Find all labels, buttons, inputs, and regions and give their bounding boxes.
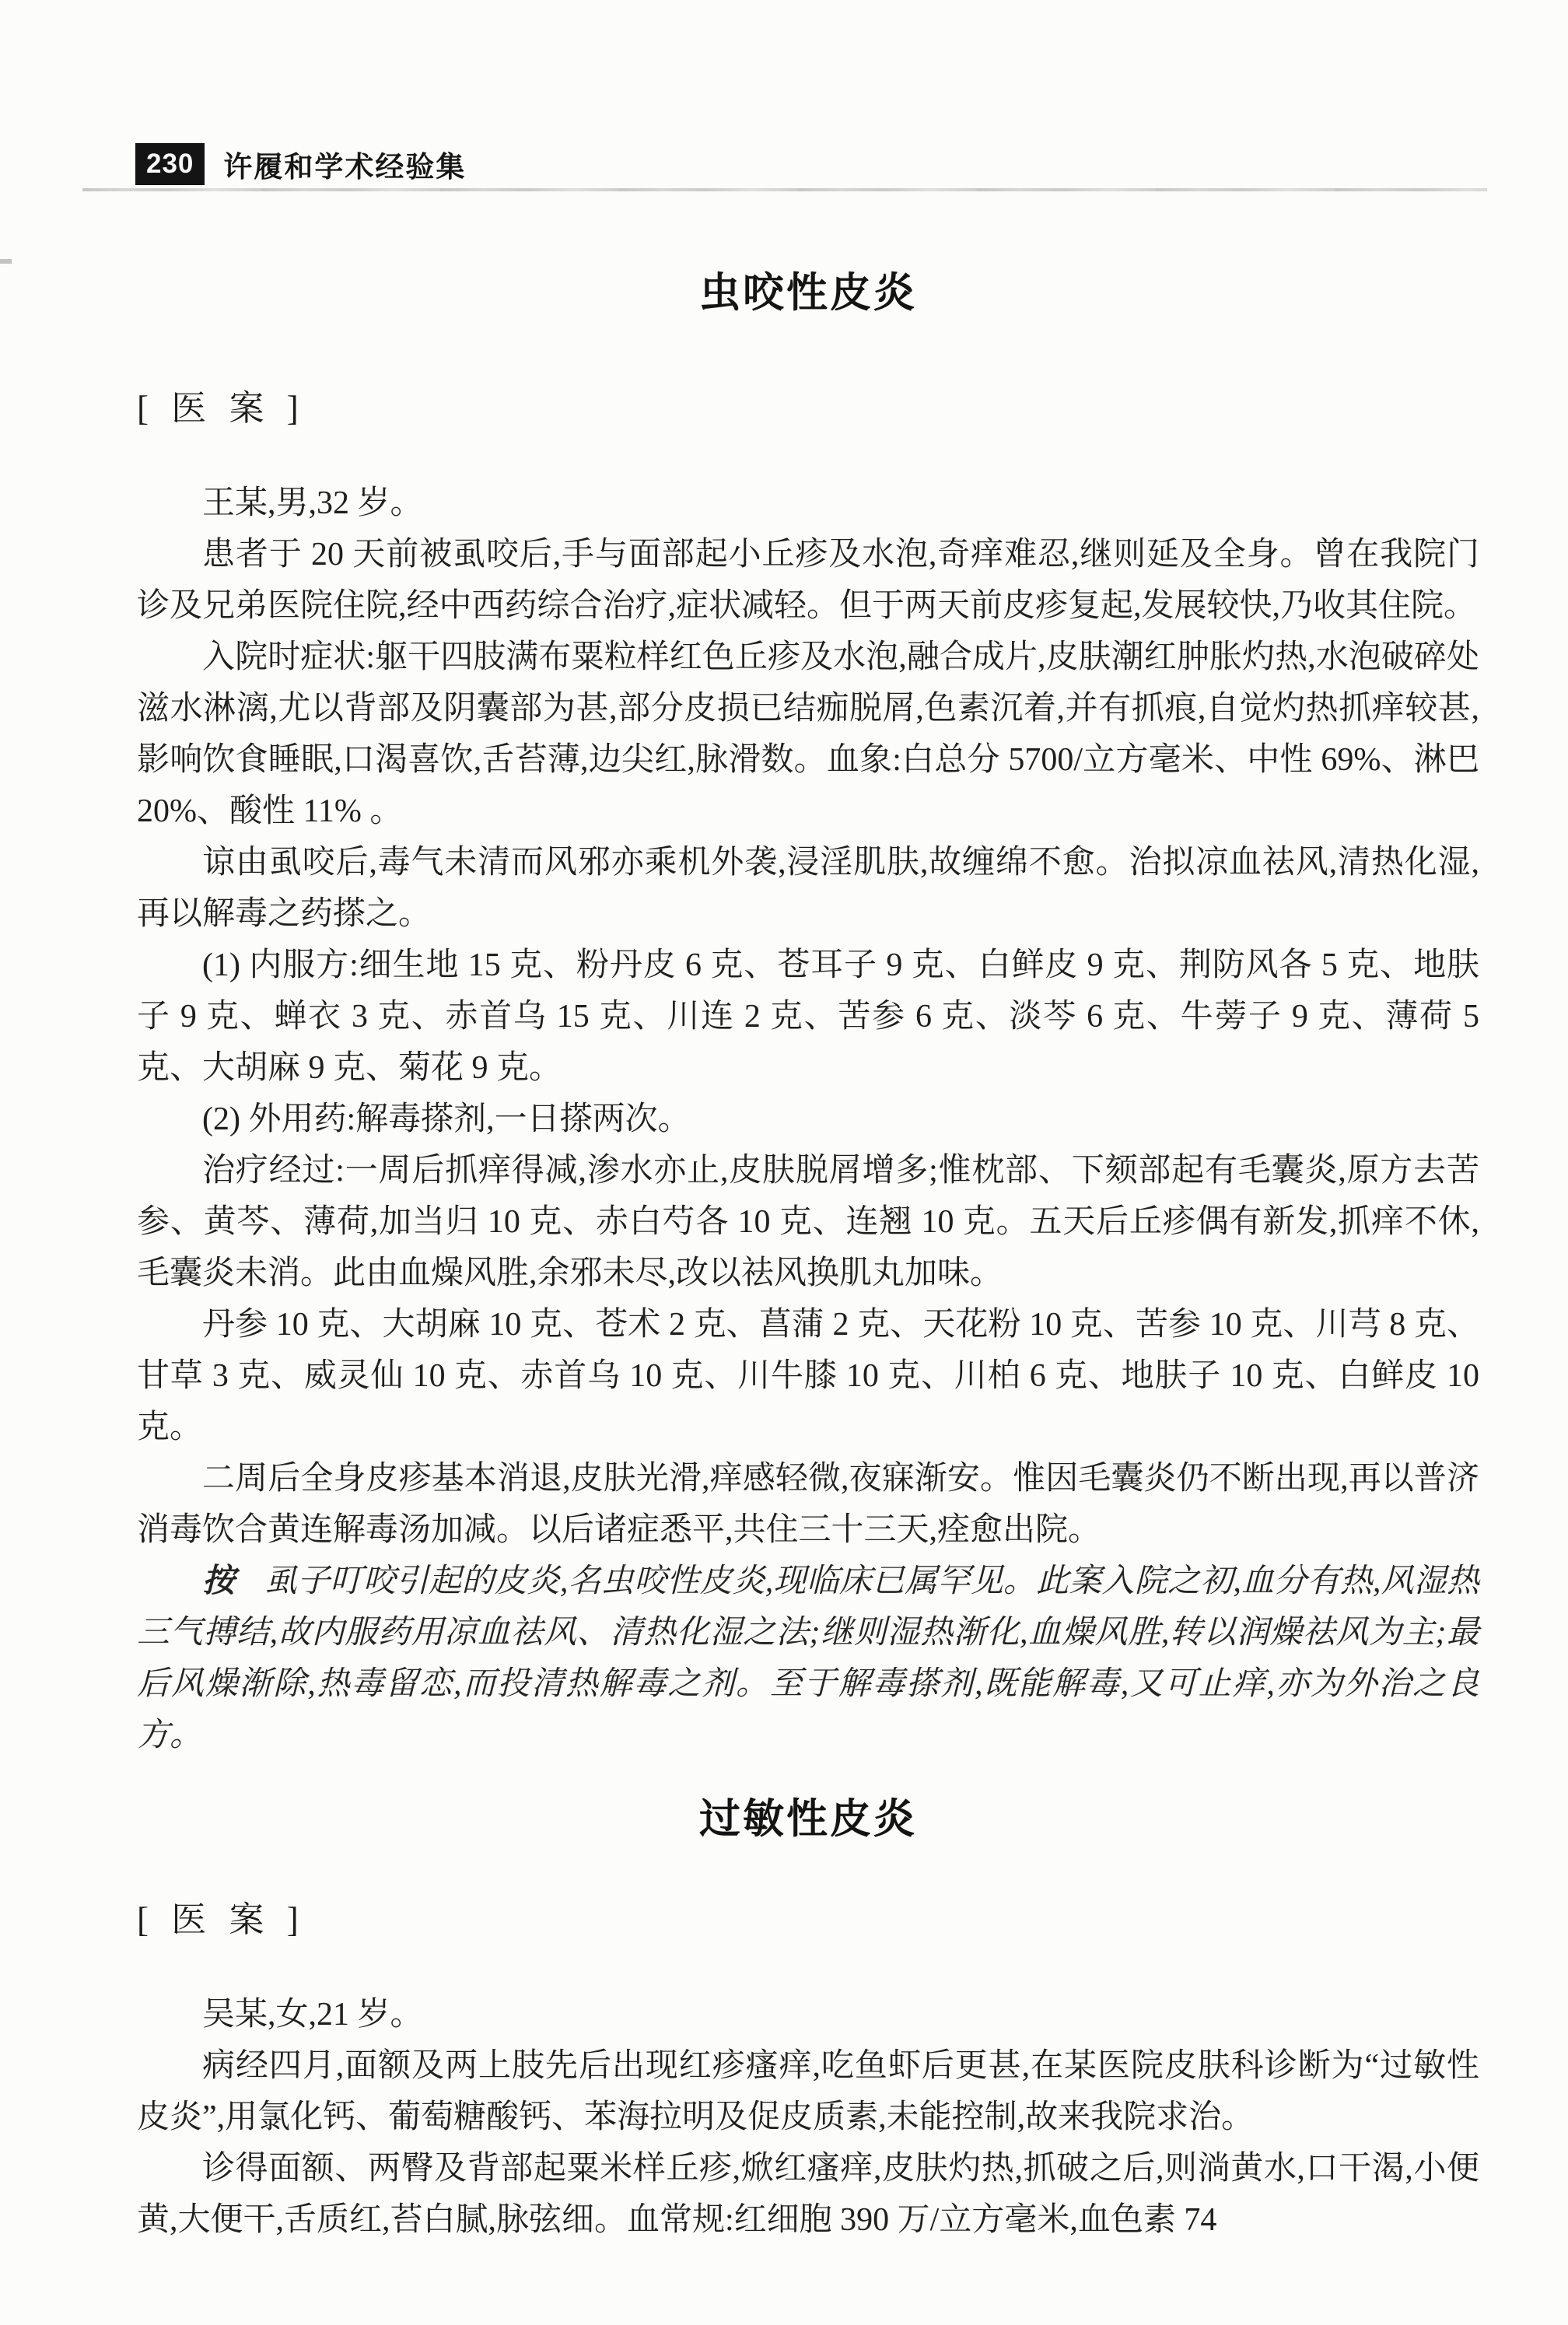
case-outcome-paragraph: 二周后全身皮疹基本消退,皮肤光滑,痒感轻微,夜寐渐安。惟因毛囊炎仍不断出现,再以… bbox=[137, 1453, 1479, 1556]
case-section-label: [ 医 案 ] bbox=[137, 387, 1479, 429]
scan-artifact bbox=[0, 259, 12, 264]
chapter-title-allergic-dermatitis: 过敏性皮炎 bbox=[137, 1797, 1479, 1842]
case-section-label: [ 医 案 ] bbox=[137, 1899, 1479, 1941]
case-paragraph: 入院时症状:躯干四肢满布粟粒样红色丘疹及水泡,融合成片,皮肤潮红肿胀灼热,水泡破… bbox=[137, 632, 1479, 837]
prescription-internal-paragraph: (1) 内服方:细生地 15 克、粉丹皮 6 克、苍耳子 9 克、白鲜皮 9 克… bbox=[137, 940, 1479, 1094]
note-paragraph: 按虱子叮咬引起的皮炎,名虫咬性皮炎,现临床已属罕见。此案入院之初,血分有热,风湿… bbox=[137, 1556, 1479, 1761]
book-page: 230 许履和学术经验集 虫咬性皮炎 [ 医 案 ] 王某,男,32 岁。 患者… bbox=[0, 0, 1568, 2325]
header-divider bbox=[82, 188, 1487, 191]
page-content: 虫咬性皮炎 [ 医 案 ] 王某,男,32 岁。 患者于 20 天前被虱咬后,手… bbox=[137, 271, 1479, 2246]
treatment-course-paragraph: 治疗经过:一周后抓痒得减,渗水亦止,皮肤脱屑增多;惟枕部、下颏部起有毛囊炎,原方… bbox=[137, 1145, 1479, 1299]
page-header: 230 许履和学术经验集 bbox=[135, 143, 466, 185]
page-number-badge: 230 bbox=[135, 143, 205, 185]
prescription-external-paragraph: (2) 外用药:解毒搽剂,一日搽两次。 bbox=[137, 1094, 1479, 1145]
case-paragraph: 吴某,女,21 岁。 bbox=[137, 1989, 1479, 2040]
case-paragraph: 谅由虱咬后,毒气未清而风邪亦乘机外袭,浸淫肌肤,故缠绵不愈。治拟凉血祛风,清热化… bbox=[137, 837, 1479, 940]
chapter-title-insect-bite-dermatitis: 虫咬性皮炎 bbox=[137, 271, 1479, 316]
prescription-paragraph: 丹参 10 克、大胡麻 10 克、苍术 2 克、菖蒲 2 克、天花粉 10 克、… bbox=[137, 1299, 1479, 1453]
case-paragraph: 诊得面额、两臀及背部起粟米样丘疹,焮红瘙痒,皮肤灼热,抓破之后,则淌黄水,口干渴… bbox=[137, 2143, 1479, 2246]
case-paragraph: 病经四月,面额及两上肢先后出现红疹瘙痒,吃鱼虾后更甚,在某医院皮肤科诊断为“过敏… bbox=[137, 2040, 1479, 2143]
note-text: 虱子叮咬引起的皮炎,名虫咬性皮炎,现临床已属罕见。此案入院之初,血分有热,风湿热… bbox=[137, 1563, 1479, 1753]
book-title: 许履和学术经验集 bbox=[223, 143, 466, 185]
case-paragraph: 患者于 20 天前被虱咬后,手与面部起小丘疹及水泡,奇痒难忍,继则延及全身。曾在… bbox=[137, 529, 1479, 632]
case-paragraph: 王某,男,32 岁。 bbox=[137, 478, 1479, 529]
note-label: 按 bbox=[202, 1563, 235, 1599]
